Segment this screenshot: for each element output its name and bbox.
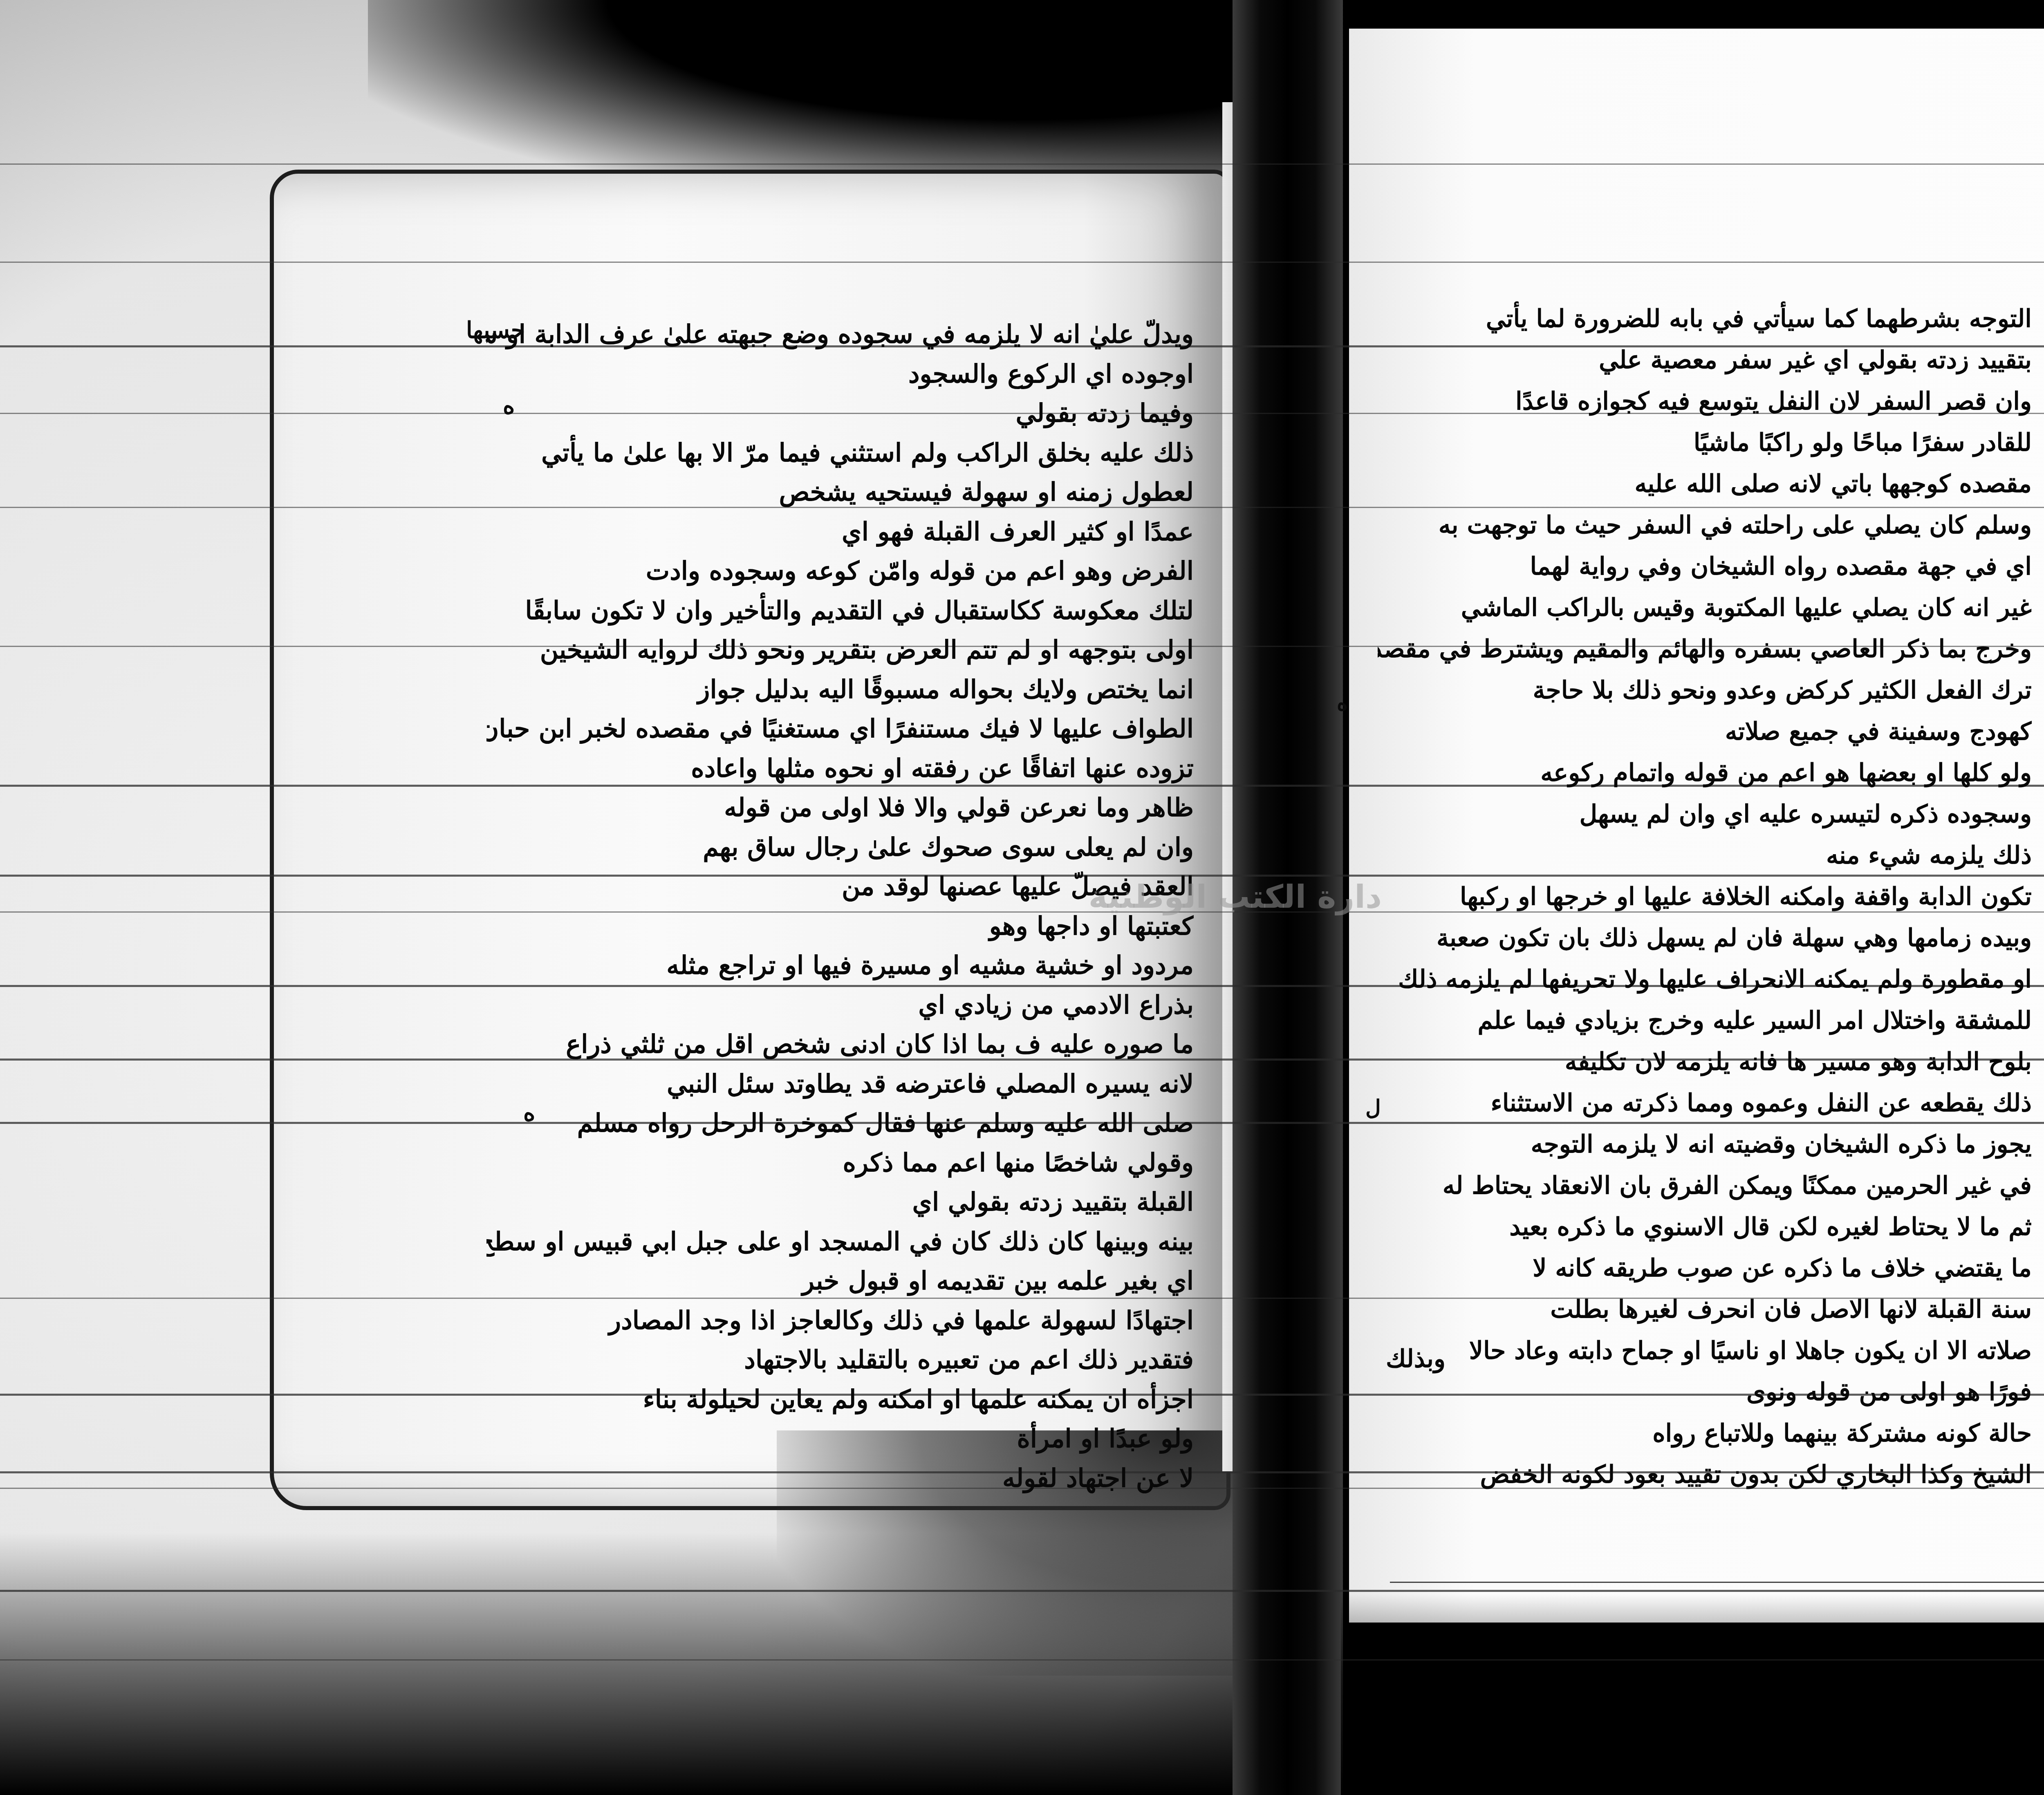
text-line: بتقييد زدته بقولي اي غير سفر معصية علي bbox=[1378, 340, 2032, 381]
text-line: عمدًا او كثير العرف القبلة فهو اي bbox=[486, 512, 1194, 552]
text-line: ترك الفعل الكثير كركض وعدو ونحو ذلك بلا … bbox=[1378, 670, 2032, 711]
text-line: الشيخ وكذا البخاري لكن بدون تقييد بعود ل… bbox=[1378, 1454, 2032, 1495]
text-line: ولو عبدًا او امرأة bbox=[486, 1419, 1194, 1459]
text-line: لا عن اجتهاد لقوله bbox=[486, 1459, 1194, 1498]
text-line: وان قصر السفر لان النفل يتوسع فيه كجوازه… bbox=[1378, 381, 2032, 422]
text-line: تكون الدابة واقفة وامكنه الخلافة عليها ا… bbox=[1378, 876, 2032, 918]
text-line: كعتبتها او داجها وهو bbox=[486, 906, 1194, 946]
scan-line bbox=[0, 262, 2044, 263]
text-line: ذلك عليه بخلق الراكب ولم استثني فيما مرّ… bbox=[486, 433, 1194, 473]
text-line: ما صوره عليه ف بما اذا كان ادنى شخص اقل … bbox=[486, 1025, 1194, 1064]
text-line: ولو كلها او بعضها هو اعم من قوله واتمام … bbox=[1378, 752, 2032, 794]
bottom-shadow-right bbox=[1341, 1594, 2044, 1795]
text-line: او مقطورة ولم يمكنه الانحراف عليها ولا ت… bbox=[1378, 959, 2032, 1000]
top-shadow bbox=[368, 0, 1308, 188]
scan-line bbox=[0, 1590, 2044, 1592]
text-line: انما يختص ولايك بحواله مسبوقًا اليه بدلي… bbox=[486, 670, 1194, 709]
text-line: كهودج وسفينة في جميع صلاته bbox=[1378, 711, 2032, 752]
text-line: وسلم كان يصلي على راحلته في السفر حيث ما… bbox=[1378, 505, 2032, 546]
text-line: سنة القبلة لانها الاصل فان انحرف لغيرها … bbox=[1378, 1289, 2032, 1330]
catchword: وبذلك bbox=[1386, 1345, 1446, 1373]
margin-note: ه bbox=[503, 392, 515, 419]
margin-note: ه bbox=[523, 1099, 535, 1126]
text-line: للمشقة واختلال امر السير عليه وخرج بزياد… bbox=[1378, 1000, 2032, 1041]
manuscript-scan: N 1 C ويدلّ عليٰ انه لا يلزمه في سجوده و… bbox=[0, 0, 2044, 1795]
text-line: اي في جهة مقصده رواه الشيخان وفي رواية ل… bbox=[1378, 546, 2032, 587]
bottom-shadow-left bbox=[0, 1533, 1288, 1795]
text-line: صلى الله عليه وسلم عنها فقال كموخرة الرح… bbox=[486, 1103, 1194, 1143]
text-line: يجوز ما ذكره الشيخان وقضيته انه لا يلزمه… bbox=[1378, 1124, 2032, 1165]
text-line: صلاته الا ان يكون جاهلا او ناسيًا او جما… bbox=[1378, 1330, 2032, 1372]
text-line: القبلة بتقييد زدته بقولي اي bbox=[486, 1182, 1194, 1222]
text-line: فتقدير ذلك اعم من تعبيره بالتقليد بالاجت… bbox=[486, 1340, 1194, 1380]
text-line: ظاهر وما نعرعن قولي والا فلا اولى من قول… bbox=[486, 788, 1194, 828]
text-line: الفرض وهو اعم من قوله وامّن كوعه وسجوده … bbox=[486, 551, 1194, 591]
text-line: لعطول زمنه او سهولة فيستحيه يشخص bbox=[486, 472, 1194, 512]
text-line: لانه يسيره المصلي فاعترضه قد يطاوتد سئل … bbox=[486, 1064, 1194, 1104]
text-line: تزوده عنها اتفاقًا عن رفقته او نحوه مثله… bbox=[486, 749, 1194, 788]
text-line: فورًا هو اولى من قوله ونوى bbox=[1378, 1372, 2032, 1413]
text-line: اجزأه ان يمكنه علمها او امكنه ولم يعاين … bbox=[486, 1380, 1194, 1419]
text-line: وخرج بما ذكر العاصي بسفره والهائم والمقي… bbox=[1378, 629, 2032, 670]
text-line: مقصده كوجهها باتي لانه صلى الله عليه bbox=[1378, 463, 2032, 505]
text-line: التوجه بشرطهما كما سيأتي في بابه للضرورة… bbox=[1378, 298, 2032, 340]
text-line: وسجوده ذكره لتيسره عليه اي وان لم يسهل bbox=[1378, 794, 2032, 835]
text-line: ويدلّ عليٰ انه لا يلزمه في سجوده وضع جبه… bbox=[486, 315, 1194, 354]
text-line: اي بغير علمه بين تقديمه او قبول خبر bbox=[486, 1261, 1194, 1301]
text-line: غير انه كان يصلي عليها المكتوبة وقيس بال… bbox=[1378, 587, 2032, 629]
margin-note: ه bbox=[1337, 691, 1348, 716]
text-line: بذراع الادمي من زيادي اي bbox=[486, 985, 1194, 1025]
text-line: اجتهادًا لسهولة علمها في ذلك وكالعاجز اذ… bbox=[486, 1301, 1194, 1341]
book-spine bbox=[1233, 0, 1343, 1795]
text-line: ما يقتضي خلاف ما ذكره عن صوب طريقه كانه … bbox=[1378, 1248, 2032, 1289]
text-line: مردود او خشية مشيه او مسيرة فيها او تراج… bbox=[486, 946, 1194, 985]
margin-note: ل bbox=[1365, 1095, 1381, 1120]
scan-line bbox=[0, 1659, 2044, 1661]
text-line: لتلك معكوسة ككاستقبال في التقديم والتأخي… bbox=[486, 591, 1194, 631]
bottom-rule bbox=[1390, 1582, 2044, 1583]
text-line: اوجوده اي الركوع والسجود bbox=[486, 354, 1194, 394]
text-line: اولى بتوجهه او لم تتم العرض بتقرير ونحو … bbox=[486, 630, 1194, 670]
scan-line bbox=[0, 163, 2044, 165]
text-line: العقد فيصلّ عليها عصنها لوقد من bbox=[486, 867, 1194, 906]
text-line: حالة كونه مشتركة بينهما وللاتباع رواه bbox=[1378, 1413, 2032, 1454]
text-line: الطواف عليها لا فيك مستنفرًا اي مستغنيًا… bbox=[486, 709, 1194, 749]
text-line: ذلك يقطعه عن النفل وعموه ومما ذكرته من ا… bbox=[1378, 1083, 2032, 1124]
text-line: في غير الحرمين ممكنًا ويمكن الفرق بان ال… bbox=[1378, 1165, 2032, 1206]
text-line: وان لم يعلى سوى صحوك علىٰ رجال ساق بهم bbox=[486, 828, 1194, 867]
text-line: للقادر سفرًا مباحًا ولو راكبًا ماشيًا bbox=[1378, 422, 2032, 463]
margin-note: حسبها bbox=[466, 317, 525, 344]
text-line: ذلك يلزمه شيء منه bbox=[1378, 835, 2032, 876]
text-line: بلوح الدابة وهو مسير ها فانه يلزمه لان ت… bbox=[1378, 1041, 2032, 1083]
text-line: وقولي شاخصًا منها اعم مما ذكره bbox=[486, 1143, 1194, 1183]
text-line: وفيما زدته بقولي bbox=[486, 394, 1194, 433]
text-line: وبيده زمامها وهي سهلة فان لم يسهل ذلك با… bbox=[1378, 918, 2032, 959]
text-line: بينه وبينها كان ذلك كان في المسجد او على… bbox=[486, 1222, 1194, 1262]
text-line: ثم ما لا يحتاط لغيره لكن قال الاسنوي ما … bbox=[1378, 1206, 2032, 1248]
right-page-text: التوجه بشرطهما كما سيأتي في بابه للضرورة… bbox=[1378, 298, 2032, 1495]
left-page-text: ويدلّ عليٰ انه لا يلزمه في سجوده وضع جبه… bbox=[486, 315, 1194, 1498]
